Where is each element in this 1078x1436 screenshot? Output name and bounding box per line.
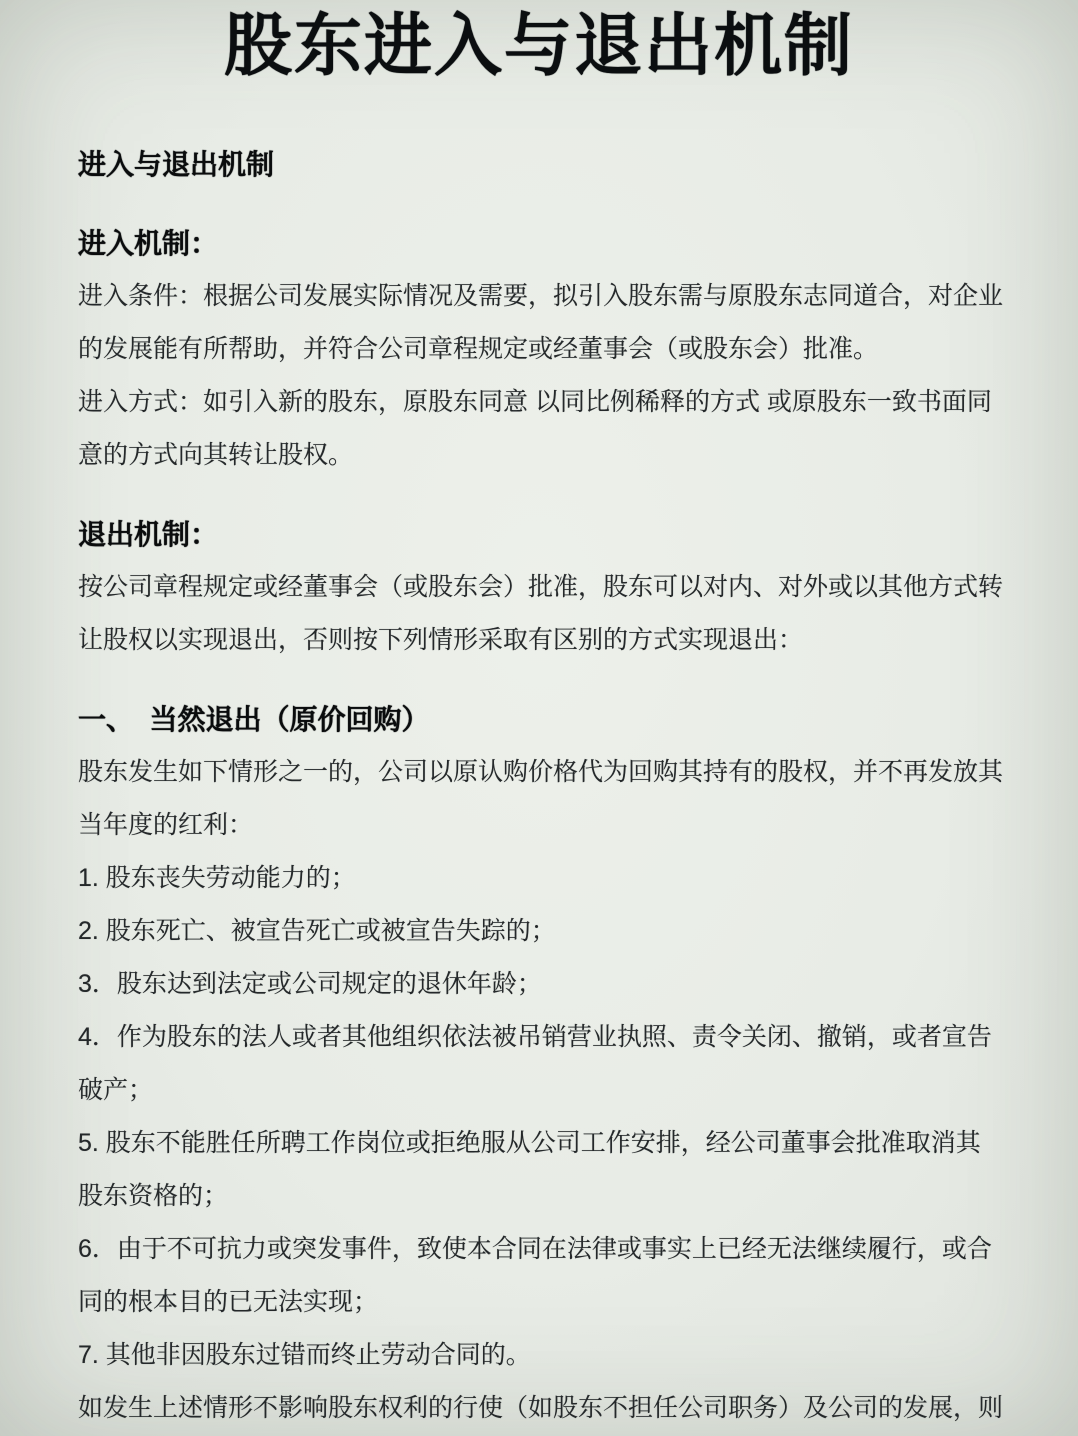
entry-method-line-2: 意的方式向其转让股权。: [78, 429, 1022, 482]
list-item-6-line-1: 6．由于不可抗力或突发事件，致使本合同在法律或事实上已经无法继续履行，或合: [78, 1223, 1022, 1276]
entry-method-line-1: 进入方式：如引入新的股东，原股东同意 以同比例稀释的方式 或原股东一致书面同: [78, 376, 1022, 429]
list-item-4-line-1: 4．作为股东的法人或者其他组织依法被吊销营业执照、责令关闭、撤销，或者宣告: [78, 1011, 1022, 1064]
document-page: 股东进入与退出机制 进入与退出机制 进入机制： 进入条件：根据公司发展实际情况及…: [0, 0, 1078, 1436]
list-item-6-line-2: 同的根本目的已无法实现；: [78, 1276, 1022, 1329]
natural-exit-intro-line-1: 股东发生如下情形之一的，公司以原认购价格代为回购其持有的股权，并不再发放其: [78, 746, 1022, 799]
document-title: 股东进入与退出机制: [0, 0, 1078, 82]
entry-condition-line-1: 进入条件：根据公司发展实际情况及需要，拟引入股东需与原股东志同道合，对企业: [78, 270, 1022, 323]
list-item-1: 1. 股东丧失劳动能力的；: [78, 852, 1022, 905]
exit-mechanism-heading: 退出机制：: [78, 508, 1022, 561]
entry-mechanism-heading: 进入机制：: [78, 217, 1022, 270]
natural-exit-intro-line-2: 当年度的红利：: [78, 799, 1022, 852]
list-item-5-line-1: 5. 股东不能胜任所聘工作岗位或拒绝服从公司工作安排，经公司董事会批准取消其: [78, 1117, 1022, 1170]
list-item-2: 2. 股东死亡、被宣告死亡或被宣告失踪的；: [78, 905, 1022, 958]
exit-intro-line-2: 让股权以实现退出，否则按下列情形采取有区别的方式实现退出：: [78, 614, 1022, 667]
entry-condition-line-2: 的发展能有所帮助，并符合公司章程规定或经董事会（或股东会）批准。: [78, 323, 1022, 376]
exit-intro-line-1: 按公司章程规定或经董事会（或股东会）批准，股东可以对内、对外或以其他方式转: [78, 561, 1022, 614]
natural-exit-heading: 一、 当然退出（原价回购）: [78, 693, 1022, 746]
list-item-3: 3．股东达到法定或公司规定的退休年龄；: [78, 958, 1022, 1011]
list-item-5-line-2: 股东资格的；: [78, 1170, 1022, 1223]
natural-exit-note-line-1: 如发生上述情形不影响股东权利的行使（如股东不担任公司职务）及公司的发展，则: [78, 1382, 1022, 1435]
list-item-7: 7. 其他非因股东过错而终止劳动合同的。: [78, 1329, 1022, 1382]
document-body: 进入与退出机制 进入机制： 进入条件：根据公司发展实际情况及需要，拟引入股东需与…: [0, 138, 1078, 1435]
overview-heading: 进入与退出机制: [78, 138, 1022, 191]
list-item-4-line-2: 破产；: [78, 1064, 1022, 1117]
